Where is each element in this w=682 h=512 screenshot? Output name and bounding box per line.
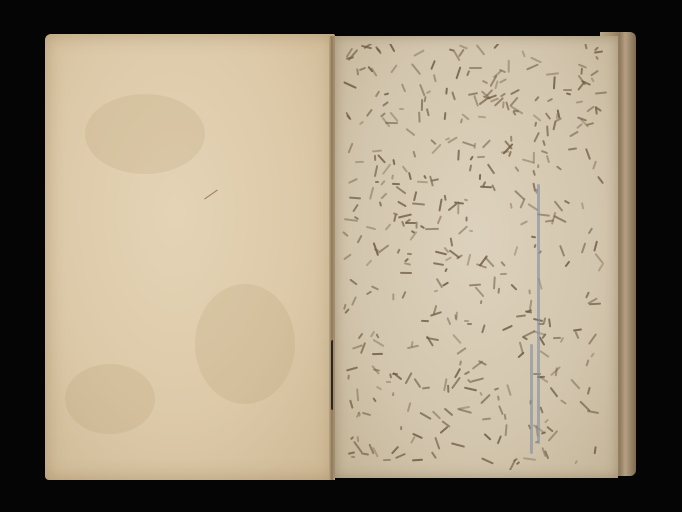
ink-stroke <box>434 290 438 293</box>
ink-stroke <box>401 166 407 173</box>
ink-stroke <box>553 122 557 131</box>
ink-stroke <box>510 136 512 143</box>
ink-stroke <box>576 100 583 103</box>
ink-stroke <box>379 201 382 206</box>
ink-stroke <box>362 412 371 416</box>
ink-stroke <box>366 226 376 230</box>
ink-stroke <box>426 108 430 116</box>
ink-stroke <box>532 152 534 164</box>
ink-stroke <box>581 202 584 210</box>
ink-stroke <box>547 430 557 442</box>
ink-stroke <box>366 109 373 117</box>
ink-stroke <box>413 191 417 202</box>
ink-stroke <box>537 164 539 169</box>
ink-stroke <box>410 436 416 444</box>
ink-stroke <box>431 452 437 459</box>
ink-stroke <box>374 165 378 177</box>
ink-stroke <box>397 201 407 208</box>
ink-stroke <box>442 281 449 286</box>
ink-stroke <box>547 98 554 103</box>
ink-stroke <box>434 251 446 256</box>
ink-stroke <box>346 112 352 121</box>
ink-stroke <box>468 165 471 172</box>
ink-stroke <box>348 143 354 154</box>
ink-stroke <box>386 381 391 383</box>
ink-stroke <box>467 323 472 325</box>
ink-stroke <box>587 410 599 414</box>
ink-stroke <box>418 111 420 122</box>
ink-stroke <box>407 345 419 350</box>
ink-stroke <box>570 379 580 390</box>
ink-stroke <box>356 436 359 442</box>
ink-stroke <box>459 360 462 365</box>
ink-stroke <box>563 89 572 91</box>
ink-stroke <box>371 286 379 291</box>
ink-stroke <box>482 139 491 148</box>
ink-stroke <box>586 106 594 113</box>
ink-stroke <box>530 57 542 64</box>
ink-stroke <box>468 92 478 96</box>
ink-stroke <box>344 81 357 89</box>
ink-stroke <box>494 80 498 89</box>
ink-stroke <box>390 65 397 74</box>
ink-stroke <box>382 163 392 175</box>
ink-stroke <box>417 180 429 183</box>
ink-stroke <box>463 319 469 321</box>
ink-stroke <box>408 172 412 180</box>
ink-stroke <box>479 97 490 106</box>
ink-stroke <box>482 80 488 84</box>
ink-stroke <box>366 290 372 295</box>
ink-stroke <box>372 150 382 153</box>
ink-stroke <box>451 442 465 447</box>
ink-stroke <box>481 457 494 464</box>
ink-stroke <box>347 375 349 380</box>
ink-stroke <box>396 186 406 195</box>
ink-stroke <box>533 243 536 248</box>
ink-stroke <box>464 371 470 376</box>
ink-stroke <box>446 317 451 325</box>
ink-stroke <box>373 397 378 403</box>
ink-stroke <box>412 202 425 205</box>
ink-stroke <box>497 436 502 445</box>
ink-stroke <box>385 224 392 231</box>
ink-stroke <box>513 246 518 256</box>
ink-stroke <box>373 368 380 371</box>
ink-stroke <box>469 67 482 69</box>
ink-stroke <box>346 367 358 372</box>
ink-stroke <box>453 334 462 344</box>
ink-stroke <box>587 387 591 395</box>
ink-stroke <box>438 198 442 211</box>
ink-stroke <box>401 83 406 92</box>
ink-stroke <box>500 261 506 267</box>
ink-stroke <box>532 114 541 122</box>
ink-stroke <box>422 387 430 390</box>
ink-stroke <box>383 459 391 461</box>
ink-stroke <box>380 180 385 186</box>
ink-stroke <box>546 125 549 136</box>
ink-stroke <box>369 186 374 199</box>
ink-stroke <box>400 426 402 430</box>
ink-stroke <box>598 262 605 272</box>
ink-stroke <box>361 452 370 455</box>
ink-stroke <box>391 445 399 454</box>
ink-stroke <box>357 235 363 244</box>
ink-stroke <box>596 56 600 61</box>
ink-stroke <box>356 388 359 401</box>
ink-stroke <box>464 387 477 392</box>
ink-stroke <box>597 176 604 184</box>
ink-stroke <box>554 200 563 211</box>
ink-stroke <box>544 419 549 424</box>
ink-stroke <box>546 426 553 432</box>
ink-stroke <box>510 203 513 210</box>
ink-stroke <box>376 333 380 338</box>
ink-stroke <box>405 222 416 224</box>
ink-stroke <box>576 123 583 129</box>
ink-stroke <box>502 325 513 331</box>
ink-stroke <box>504 414 507 421</box>
ink-stroke <box>482 417 492 420</box>
ink-stroke <box>477 156 485 158</box>
ink-stroke <box>458 149 461 160</box>
ink-stroke <box>451 377 461 389</box>
ink-stroke <box>544 113 550 120</box>
ink-stroke <box>554 215 567 223</box>
ink-stroke <box>358 412 360 417</box>
ink-stroke <box>392 392 395 397</box>
ink-stroke <box>433 75 437 83</box>
ink-stroke <box>392 294 394 301</box>
ink-stroke <box>426 90 432 95</box>
ink-stroke <box>474 286 484 297</box>
ink-stroke <box>471 378 484 383</box>
ink-stroke <box>465 217 467 222</box>
ink-stroke <box>458 225 468 235</box>
ink-stroke <box>382 101 389 107</box>
ink-stroke <box>434 437 440 450</box>
ink-stroke <box>344 218 358 222</box>
ink-stroke <box>370 330 376 337</box>
ink-stroke <box>574 331 579 339</box>
handwritten-script <box>342 44 607 470</box>
ink-stroke <box>469 155 474 161</box>
blue-ink-column <box>537 184 540 444</box>
ink-stroke <box>374 91 379 98</box>
ink-stroke <box>447 385 449 394</box>
ink-stroke <box>452 91 457 100</box>
ink-stroke <box>498 405 504 415</box>
ink-stroke <box>350 436 354 440</box>
ink-stroke <box>469 284 481 287</box>
ink-stroke <box>487 163 495 174</box>
ink-stroke <box>416 221 418 228</box>
ink-stroke <box>466 70 470 77</box>
ink-stroke <box>376 386 382 391</box>
ink-stroke <box>565 260 571 267</box>
ink-stroke <box>458 48 465 56</box>
ink-stroke <box>449 238 453 247</box>
ink-stroke <box>473 95 479 107</box>
ink-stroke <box>352 204 359 213</box>
ink-stroke <box>407 402 412 412</box>
ink-stroke <box>375 181 379 183</box>
ink-stroke <box>535 121 538 127</box>
ink-stroke <box>560 399 567 405</box>
ink-stroke <box>586 359 590 366</box>
ink-stroke <box>444 257 451 262</box>
ink-stroke <box>592 160 597 169</box>
ink-stroke <box>497 395 500 400</box>
ink-stroke <box>411 63 421 75</box>
ink-stroke <box>383 92 389 95</box>
ink-stroke <box>467 254 472 266</box>
ink-stroke <box>501 150 509 153</box>
book-photograph: Open antique bound book on black backgro… <box>0 0 682 512</box>
ink-stroke <box>413 150 417 157</box>
ink-stroke <box>480 300 483 305</box>
ink-stroke <box>510 89 520 95</box>
ink-stroke <box>534 131 541 142</box>
ink-stroke <box>455 312 458 321</box>
ink-stroke <box>429 176 434 187</box>
ink-stroke <box>569 131 579 138</box>
ink-stroke <box>480 186 492 189</box>
ink-stroke <box>585 292 590 299</box>
ink-stroke <box>510 283 517 290</box>
ink-stroke <box>494 387 500 391</box>
ink-stroke <box>348 178 357 184</box>
ink-stroke <box>588 333 597 345</box>
ink-stroke <box>474 143 477 149</box>
ink-stroke <box>445 268 449 273</box>
ink-stroke <box>392 372 398 374</box>
ink-stroke <box>419 84 425 96</box>
ink-stroke <box>431 144 441 155</box>
ink-stroke <box>581 243 586 254</box>
ink-stroke <box>399 108 404 110</box>
ink-stroke <box>502 102 505 109</box>
ink-stroke <box>420 99 422 111</box>
ink-stroke <box>539 350 549 358</box>
paper-stain <box>65 364 155 434</box>
ink-stroke <box>343 253 351 260</box>
ink-stroke <box>378 244 390 253</box>
ink-stroke <box>460 118 463 123</box>
ink-stroke <box>491 184 496 192</box>
ink-stroke <box>455 67 461 80</box>
ink-stroke <box>508 60 510 73</box>
ink-stroke <box>541 150 548 154</box>
ink-stroke <box>375 45 382 53</box>
ink-stroke <box>380 193 387 200</box>
ink-stroke <box>412 459 423 462</box>
ink-stroke <box>469 230 474 233</box>
ink-stroke <box>493 69 503 78</box>
ink-stroke <box>395 453 406 459</box>
ink-stroke <box>430 311 442 317</box>
ink-stroke <box>464 199 468 202</box>
ink-stroke <box>350 278 358 285</box>
ink-stroke <box>356 69 359 76</box>
ink-stroke <box>526 63 539 70</box>
ink-stroke <box>564 199 570 204</box>
ink-stroke <box>420 225 425 229</box>
ink-stroke <box>443 112 446 120</box>
ink-stroke <box>521 50 525 58</box>
ink-stroke <box>531 235 536 238</box>
ink-stroke <box>423 175 427 179</box>
ink-stroke <box>520 220 528 225</box>
ink-stroke <box>546 72 559 75</box>
ink-stroke <box>523 330 536 338</box>
ink-stroke <box>493 277 496 290</box>
ink-stroke <box>550 387 559 398</box>
paper-fiber <box>204 190 218 200</box>
ink-stroke <box>432 262 443 266</box>
ink-stroke <box>437 216 442 225</box>
ink-stroke <box>499 78 507 83</box>
ink-stroke <box>566 93 572 96</box>
ink-stroke <box>392 174 395 179</box>
ink-stroke <box>401 291 406 299</box>
ink-stroke <box>590 353 595 358</box>
ink-stroke <box>484 433 492 441</box>
ink-stroke <box>493 44 499 50</box>
ink-stroke <box>532 170 536 177</box>
ink-stroke <box>534 97 539 102</box>
ink-stroke <box>581 68 584 76</box>
ink-stroke <box>589 303 601 306</box>
ink-stroke <box>498 288 501 294</box>
ink-stroke <box>405 127 415 135</box>
ink-stroke <box>444 194 447 201</box>
ink-stroke <box>355 161 364 163</box>
ink-stroke <box>424 96 427 103</box>
ink-stroke <box>553 76 556 89</box>
ink-stroke <box>574 459 578 464</box>
ink-stroke <box>590 70 599 77</box>
ink-stroke <box>390 111 399 122</box>
ink-stroke <box>372 339 384 348</box>
ink-stroke <box>377 154 386 164</box>
ink-stroke <box>519 198 526 209</box>
ink-stroke <box>432 410 441 419</box>
ink-stroke <box>349 197 362 200</box>
ink-stroke <box>359 67 366 72</box>
ink-stroke <box>506 384 511 396</box>
ink-stroke <box>413 49 425 57</box>
ink-stroke <box>585 148 591 160</box>
ink-stroke <box>583 44 587 50</box>
ink-stroke <box>595 92 607 95</box>
ink-stroke <box>505 424 508 436</box>
ink-stroke <box>553 336 561 338</box>
left-page-blank <box>45 34 335 480</box>
ink-stroke <box>528 289 531 295</box>
paper-stain <box>195 284 295 404</box>
ink-stroke <box>593 240 598 251</box>
ink-stroke <box>413 378 421 388</box>
ink-stroke <box>478 174 480 180</box>
ink-stroke <box>548 318 551 327</box>
ink-stroke <box>421 320 429 322</box>
ink-stroke <box>508 151 512 157</box>
ink-stroke <box>430 139 436 145</box>
ink-stroke <box>457 202 459 215</box>
ink-stroke <box>351 296 357 306</box>
ink-stroke <box>407 252 412 254</box>
ink-stroke <box>516 461 521 465</box>
ink-stroke <box>396 248 400 254</box>
ink-stroke <box>436 278 443 288</box>
ink-stroke <box>546 155 550 163</box>
ink-stroke <box>400 272 412 274</box>
ink-stroke <box>445 87 448 94</box>
ink-stroke <box>404 262 411 265</box>
ink-stroke <box>595 108 598 115</box>
ink-stroke <box>481 325 485 334</box>
ink-stroke <box>479 392 483 397</box>
ink-stroke <box>457 347 467 355</box>
ink-stroke <box>358 333 364 340</box>
ink-stroke <box>556 165 562 170</box>
ink-stroke <box>523 457 536 461</box>
ink-stroke <box>590 77 595 83</box>
ink-stroke <box>594 445 597 454</box>
blue-ink-column <box>530 344 533 454</box>
paper-stain <box>85 94 205 174</box>
ink-stroke <box>348 451 356 455</box>
ink-stroke <box>430 60 436 70</box>
ink-stroke <box>404 372 412 385</box>
ink-stroke <box>559 245 565 257</box>
ink-stroke <box>342 231 348 237</box>
ink-stroke <box>516 314 526 317</box>
ink-stroke <box>366 260 373 267</box>
ink-stroke <box>524 310 532 313</box>
ink-stroke <box>349 400 353 409</box>
ink-stroke <box>359 121 364 125</box>
ink-stroke <box>372 353 383 355</box>
ink-stroke <box>543 140 547 146</box>
ink-stroke <box>588 227 593 234</box>
ink-stroke <box>444 408 454 417</box>
ink-stroke <box>472 361 484 371</box>
ink-stroke <box>351 456 355 458</box>
ink-stroke <box>568 147 578 150</box>
ink-stroke <box>374 155 376 161</box>
ink-stroke <box>392 159 395 165</box>
ink-stroke <box>500 273 507 275</box>
ink-stroke <box>514 166 519 172</box>
ink-stroke <box>544 450 549 460</box>
ink-stroke <box>476 44 486 56</box>
ink-stroke <box>478 116 486 119</box>
ink-stroke <box>420 412 433 420</box>
ink-stroke <box>387 44 395 52</box>
ink-stroke <box>425 228 439 230</box>
